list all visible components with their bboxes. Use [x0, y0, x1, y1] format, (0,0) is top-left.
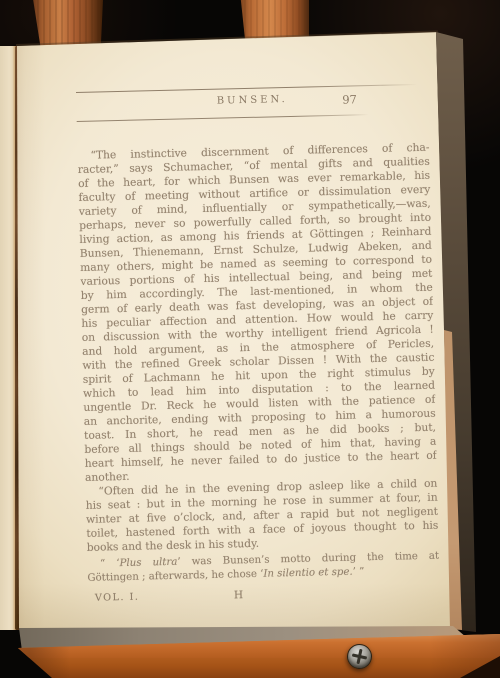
page-number: 97 [342, 92, 357, 106]
quoted-paragraph-1: “The instinctive discernment of differen… [77, 141, 437, 485]
motto-italic-1: Plus ultra [119, 557, 177, 569]
header-rule-bottom [77, 114, 369, 122]
running-title: BUNSEN. [76, 91, 428, 110]
book-photograph: BUNSEN. 97 “The instinctive discernment … [0, 0, 500, 678]
body-text: “The instinctive discernment of differen… [77, 141, 440, 606]
quoted-paragraph-2: “Often did he in the evening drop asleep… [85, 477, 439, 555]
motto-line1-pre: “ ‘ [100, 558, 120, 569]
motto-line2-pre: Göttingen ; afterwards, he chose ‘ [87, 569, 263, 584]
signature-mark: H [234, 588, 243, 602]
motto-paragraph: “ ‘Plus ultra’ was Bunsen’s motto during… [87, 550, 440, 586]
volume-label: VOL. I. [95, 591, 140, 606]
motto-line2-post: ’ ” [353, 566, 365, 577]
motto-italic-2: In silentio et spe. [263, 567, 353, 580]
printed-page-content: BUNSEN. 97 “The instinctive discernment … [76, 84, 440, 606]
easel-leg-left [31, 0, 103, 46]
running-head: BUNSEN. 97 [76, 91, 428, 115]
